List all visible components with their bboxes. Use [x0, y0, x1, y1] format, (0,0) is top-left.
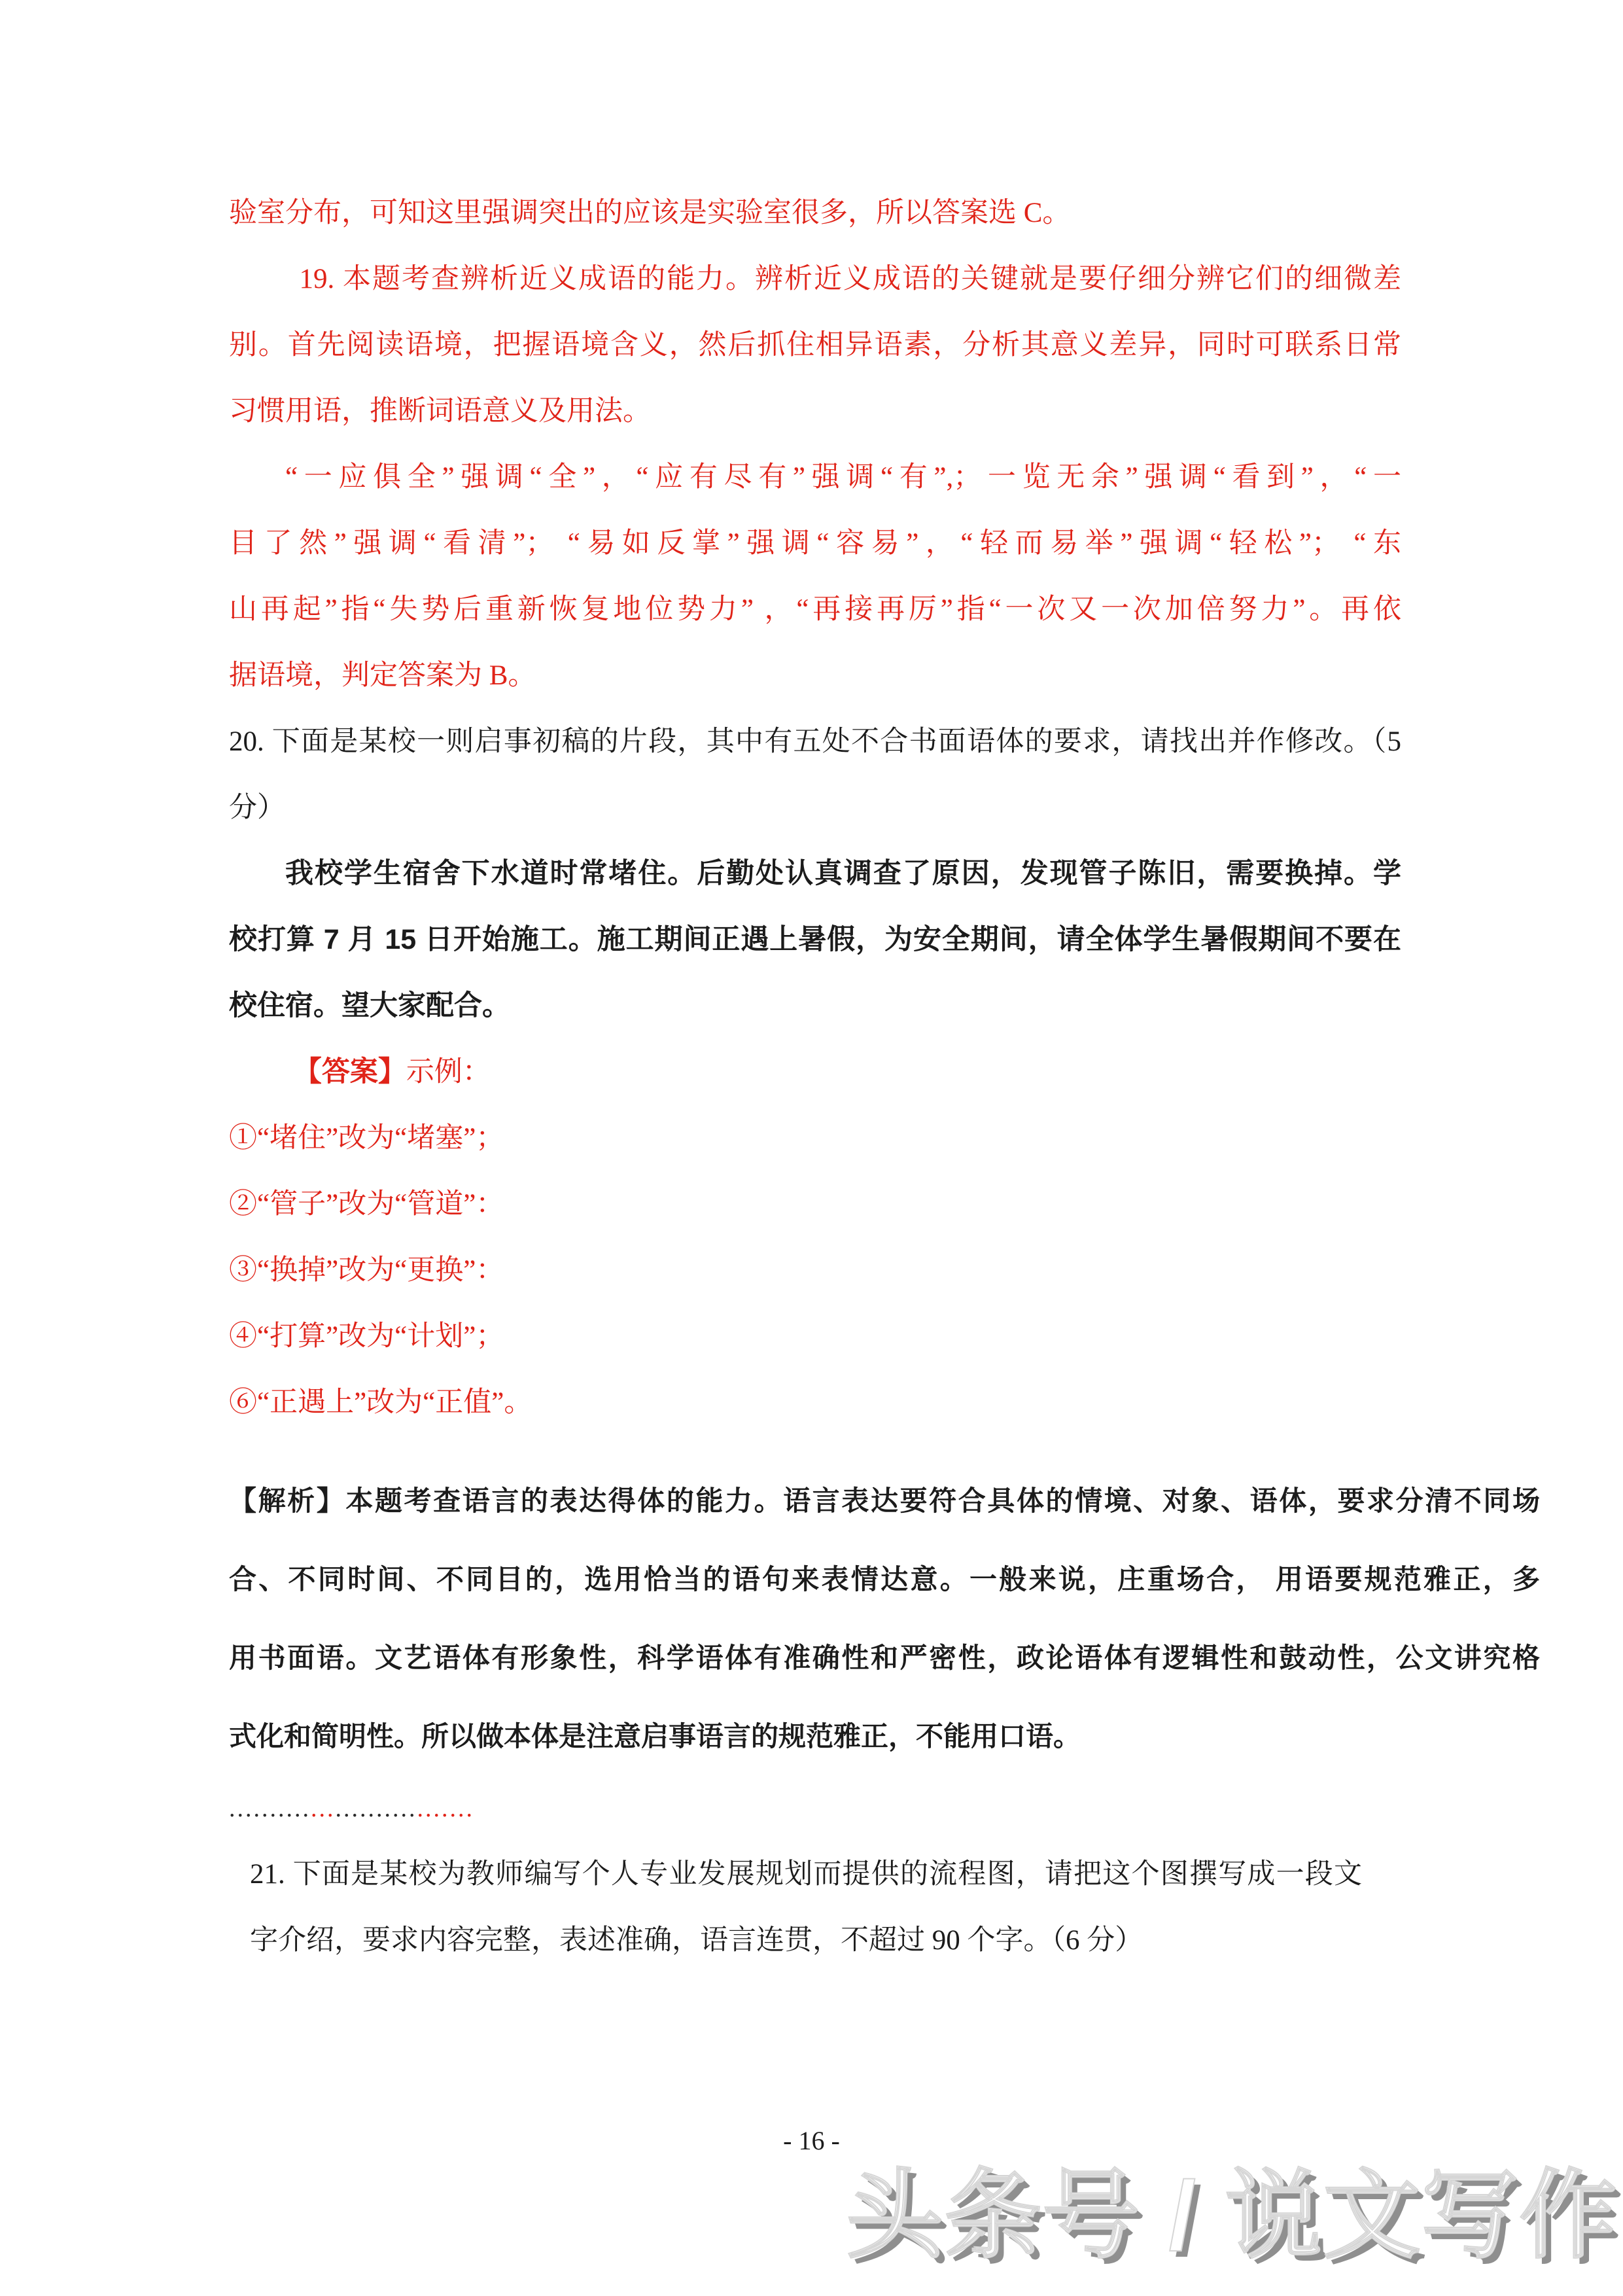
analysis-line: 【解析】本题考查语言的表达得体的能力。语言表达要符合具体的情境、对象、语体，要求… — [229, 1462, 1540, 1540]
answer-item: ③“换掉”改为“更换”： — [229, 1237, 1401, 1303]
answer-item: ⑥“正遇上”改为“正值”。 — [229, 1369, 1401, 1436]
text-line: 山再起”指“失势后重新恢复地位势力” ，“再接再厉”指“一次又一次加倍努力”。再… — [229, 576, 1401, 643]
notice-line: 我校学生宿舍下水道时常堵住。后勤处认真调查了原因，发现管子陈旧，需要换掉。学 — [229, 841, 1401, 907]
dots-segment: ... — [311, 1795, 336, 1822]
dots-segment: .......... — [229, 1795, 311, 1822]
answer-item: ②“管子”改为“管道”： — [229, 1171, 1401, 1237]
document-page: 验室分布，可知这里强调突出的应该是实验室很多，所以答案选 C。 19. 本题考查… — [0, 0, 1623, 2296]
analysis-line: 式化和简明性。所以做本体是注意启事语言的规范雅正，不能用口语。 — [229, 1697, 1540, 1776]
question-21-block: 21. 下面是某校为教师编写个人专业发展规划而提供的流程图，请把这个图撰写成一段… — [250, 1841, 1362, 1973]
top-margin — [229, 0, 1401, 180]
page-content: 验室分布，可知这里强调突出的应该是实验室很多，所以答案选 C。 19. 本题考查… — [229, 0, 1401, 1973]
question-21-line: 字介绍，要求内容完整，表述准确，语言连贯，不超过 90 个字。（6 分） — [250, 1907, 1362, 1973]
text-line: 据语境，判定答案为 B。 — [229, 643, 1401, 709]
text-line: “一应俱全”强调“全”，“应有尽有”强调“有”,；一览无余”强调“看到”，“一 — [229, 444, 1401, 510]
dotted-separator: .............................. — [229, 1776, 1401, 1841]
text-line: 19. 本题考查辨析近义成语的能力。辨析近义成语的关键就是要仔细分辨它们的细微差 — [229, 246, 1401, 312]
dots-segment: .......... — [336, 1795, 417, 1822]
question-21-line: 21. 下面是某校为教师编写个人专业发展规划而提供的流程图，请把这个图撰写成一段… — [250, 1841, 1362, 1907]
notice-line: 校住宿。望大家配合。 — [229, 973, 1401, 1039]
analysis-line: 用书面语。文艺语体有形象性，科学语体有准确性和严密性，政论语体有逻辑性和鼓动性，… — [229, 1619, 1540, 1697]
question-20-line: 分） — [229, 775, 1401, 841]
text-line: 习惯用语，推断词语意义及用法。 — [229, 378, 1401, 444]
answer-item: ①“堵住”改为“堵塞”； — [229, 1105, 1401, 1171]
answer-item: ④“打算”改为“计划”； — [229, 1303, 1401, 1369]
text-line: 别。首先阅读语境，把握语境含义，然后抓住相异语素，分析其意义差异，同时可联系日常 — [229, 312, 1401, 378]
text-line: 验室分布，可知这里强调突出的应该是实验室很多，所以答案选 C。 — [229, 180, 1401, 246]
answer-heading: 【答案】示例： — [229, 1039, 1401, 1105]
answer-label: 【答案】 — [294, 1057, 406, 1087]
analysis-block: 【解析】本题考查语言的表达得体的能力。语言表达要符合具体的情境、对象、语体，要求… — [229, 1462, 1540, 1776]
question-20-line: 20. 下面是某校一则启事初稿的片段，其中有五处不合书面语体的要求，请找出并作修… — [229, 709, 1401, 775]
notice-line: 校打算 7 月 15 日开始施工。施工期间正遇上暑假，为安全期间，请全体学生暑假… — [229, 907, 1401, 973]
watermark-toutiao: 头条号 / 说文写作 — [846, 2167, 1618, 2265]
text-line: 目了然”强调“看清”； “易如反掌”强调“容易”，“轻而易举”强调“轻松”； “… — [229, 510, 1401, 576]
dots-segment: ....... — [417, 1795, 475, 1822]
answer-heading-rest: 示例： — [406, 1057, 491, 1087]
page-number: - 16 - — [0, 2125, 1623, 2156]
analysis-line: 合、不同时间、不同目的，选用恰当的语句来表情达意。一般来说，庄重场合， 用语要规… — [229, 1540, 1540, 1619]
